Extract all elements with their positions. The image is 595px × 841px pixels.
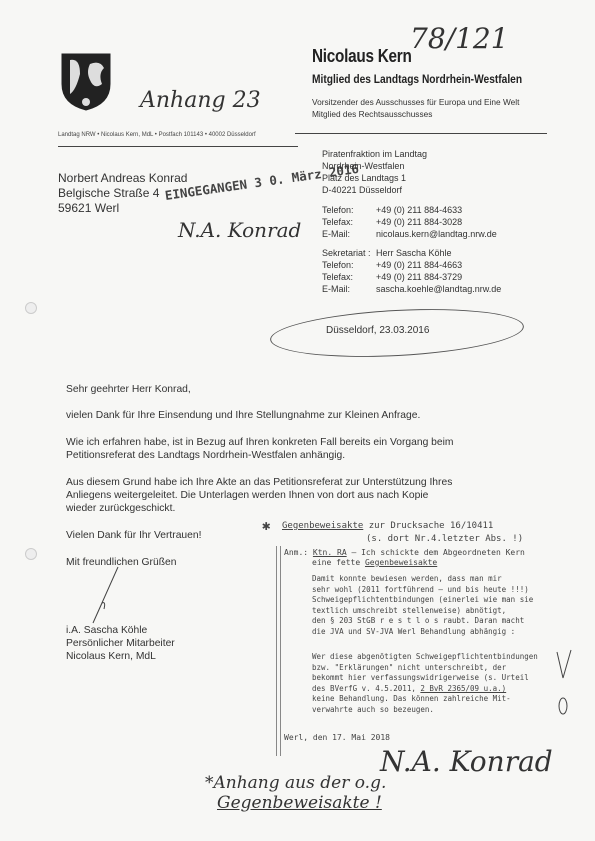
letterhead-subtitle: Mitglied des Landtags Nordrhein-Westfale…	[312, 72, 522, 86]
annotation-note: Anm.: Ktn. RA – Ich schickte dem Abgeord…	[284, 548, 525, 568]
paragraph-2: Wie ich erfahren habe, ist in Bezug auf …	[66, 436, 454, 462]
letterhead-roles: Vorsitzender des Ausschusses für Europa …	[312, 96, 519, 120]
secretariat-email: E-Mail:sascha.koehle@landtag.nrw.de	[322, 283, 501, 295]
punch-hole	[25, 302, 37, 314]
header-divider-right	[295, 133, 547, 134]
annotation-subtitle: (s. dort Nr.4.letzter Abs. !)	[366, 534, 523, 544]
role-1: Vorsitzender des Ausschusses für Europa …	[312, 96, 519, 108]
paragraph-3: Aus diesem Grund habe ich Ihre Akte an d…	[66, 476, 452, 515]
salutation: Sehr geehrter Herr Konrad,	[66, 383, 191, 396]
asterisk-mark: ✱	[262, 518, 270, 534]
office-line: D-40221 Düsseldorf	[322, 184, 501, 196]
contact-email: E-Mail:nicolaus.kern@landtag.nrw.de	[322, 228, 501, 240]
handwritten-initials: N.A. Konrad	[178, 218, 301, 242]
letterhead-name: Nicolaus Kern	[312, 46, 412, 67]
letter-date: Düsseldorf, 23.03.2016	[326, 325, 429, 336]
signer-role: Persönlicher Mitarbeiter	[66, 637, 175, 650]
annotation-paragraph-2: Wer diese abgenötigten Schweigepflichten…	[312, 652, 538, 716]
annotation-margin-bar	[276, 546, 281, 756]
handwritten-signature: N.A. Konrad	[380, 745, 553, 778]
contact-fax: Telefax:+49 (0) 211 884-3028	[322, 216, 501, 228]
paragraph-1: vielen Dank für Ihre Einsendung und Ihre…	[66, 409, 420, 422]
handwritten-footnote: *Anhang aus der o.g. Gegenbeweisakte !	[205, 773, 386, 813]
handwritten-marks-icon	[555, 648, 575, 718]
signature-block: i.A. Sascha Köhle Persönlicher Mitarbeit…	[66, 624, 175, 663]
secretariat-phone: Telefon:+49 (0) 211 884-4663	[322, 259, 501, 271]
annotation-paragraph-1: Damit konnte bewiesen werden, dass man m…	[312, 574, 533, 638]
office-line: Platz des Landtags 1	[322, 172, 501, 184]
handwritten-anhang-label: Anhang 23	[140, 88, 261, 113]
punch-hole	[25, 548, 37, 560]
secretariat-fax: Telefax:+49 (0) 211 884-3729	[322, 271, 501, 283]
office-line: Nordrhein-Westfalen	[322, 160, 501, 172]
role-2: Mitglied des Rechtsausschusses	[312, 108, 519, 120]
header-divider-left	[58, 146, 298, 147]
contact-phone: Telefon:+49 (0) 211 884-4633	[322, 204, 501, 216]
recipient-name: Norbert Andreas Konrad	[58, 171, 187, 186]
nrw-coat-of-arms-icon	[60, 50, 112, 112]
sender-line: Landtag NRW • Nicolaus Kern, MdL • Postf…	[58, 132, 256, 138]
signer-org: Nicolaus Kern, MdL	[66, 650, 175, 663]
signature-scribble-icon	[88, 565, 128, 625]
annotation-date: Werl, den 17. Mai 2018	[284, 733, 390, 742]
office-line: Piratenfraktion im Landtag	[322, 148, 501, 160]
secretariat: Sekretariat :Herr Sascha Köhle	[322, 247, 501, 259]
annotation-title: Gegenbeweisakte zur Drucksache 16/10411	[282, 521, 493, 531]
thanks-line: Vielen Dank für Ihr Vertrauen!	[66, 529, 201, 542]
office-address: Piratenfraktion im Landtag Nordrhein-Wes…	[322, 148, 501, 295]
signer-name: i.A. Sascha Köhle	[66, 624, 175, 637]
recipient-city: 59621 Werl	[58, 201, 187, 216]
handwritten-page-number: 78/121	[410, 22, 509, 55]
